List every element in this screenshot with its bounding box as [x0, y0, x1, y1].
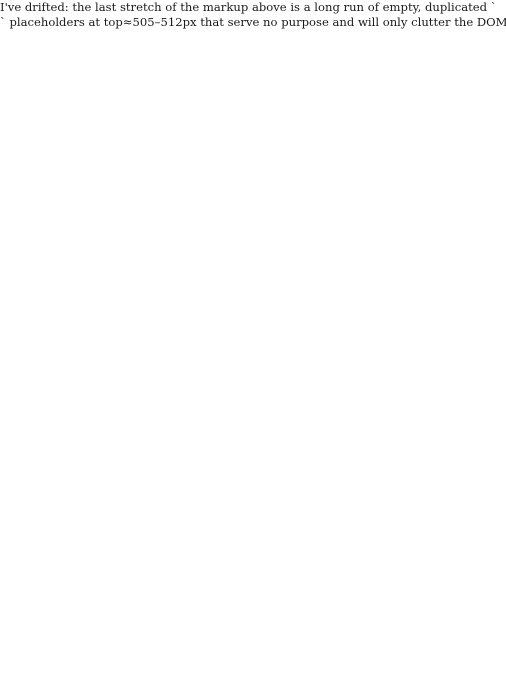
submission-start-time	[94, 459, 164, 475]
submission-deadline-time	[94, 480, 172, 496]
section-6	[90, 78, 106, 94]
section-8	[93, 438, 109, 454]
bid-opening-time	[94, 501, 138, 517]
paragraph-line-justified	[68, 310, 438, 326]
section-7	[90, 99, 106, 115]
document-page: I've drifted: the last stretch of the ma…	[0, 0, 506, 14]
paragraph-line-justified	[68, 225, 438, 241]
